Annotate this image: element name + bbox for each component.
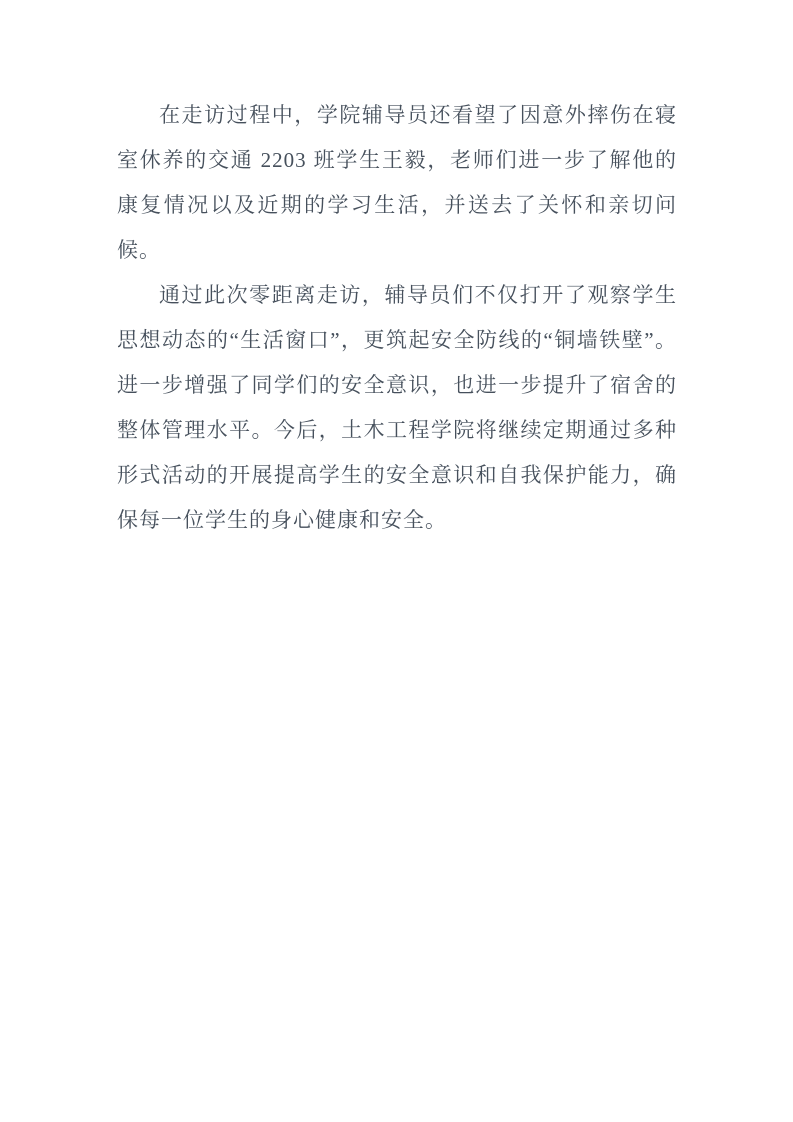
text-block: 在走访过程中，学院辅导员还看望了因意外摔伤在寝室休养的交通 2203 班学生王毅… — [117, 93, 677, 543]
paragraph: 在走访过程中，学院辅导员还看望了因意外摔伤在寝室休养的交通 2203 班学生王毅… — [117, 93, 677, 273]
paragraph: 通过此次零距离走访，辅导员们不仅打开了观察学生思想动态的“生活窗口”，更筑起安全… — [117, 273, 677, 543]
document-page: 在走访过程中，学院辅导员还看望了因意外摔伤在寝室休养的交通 2203 班学生王毅… — [0, 0, 793, 1122]
